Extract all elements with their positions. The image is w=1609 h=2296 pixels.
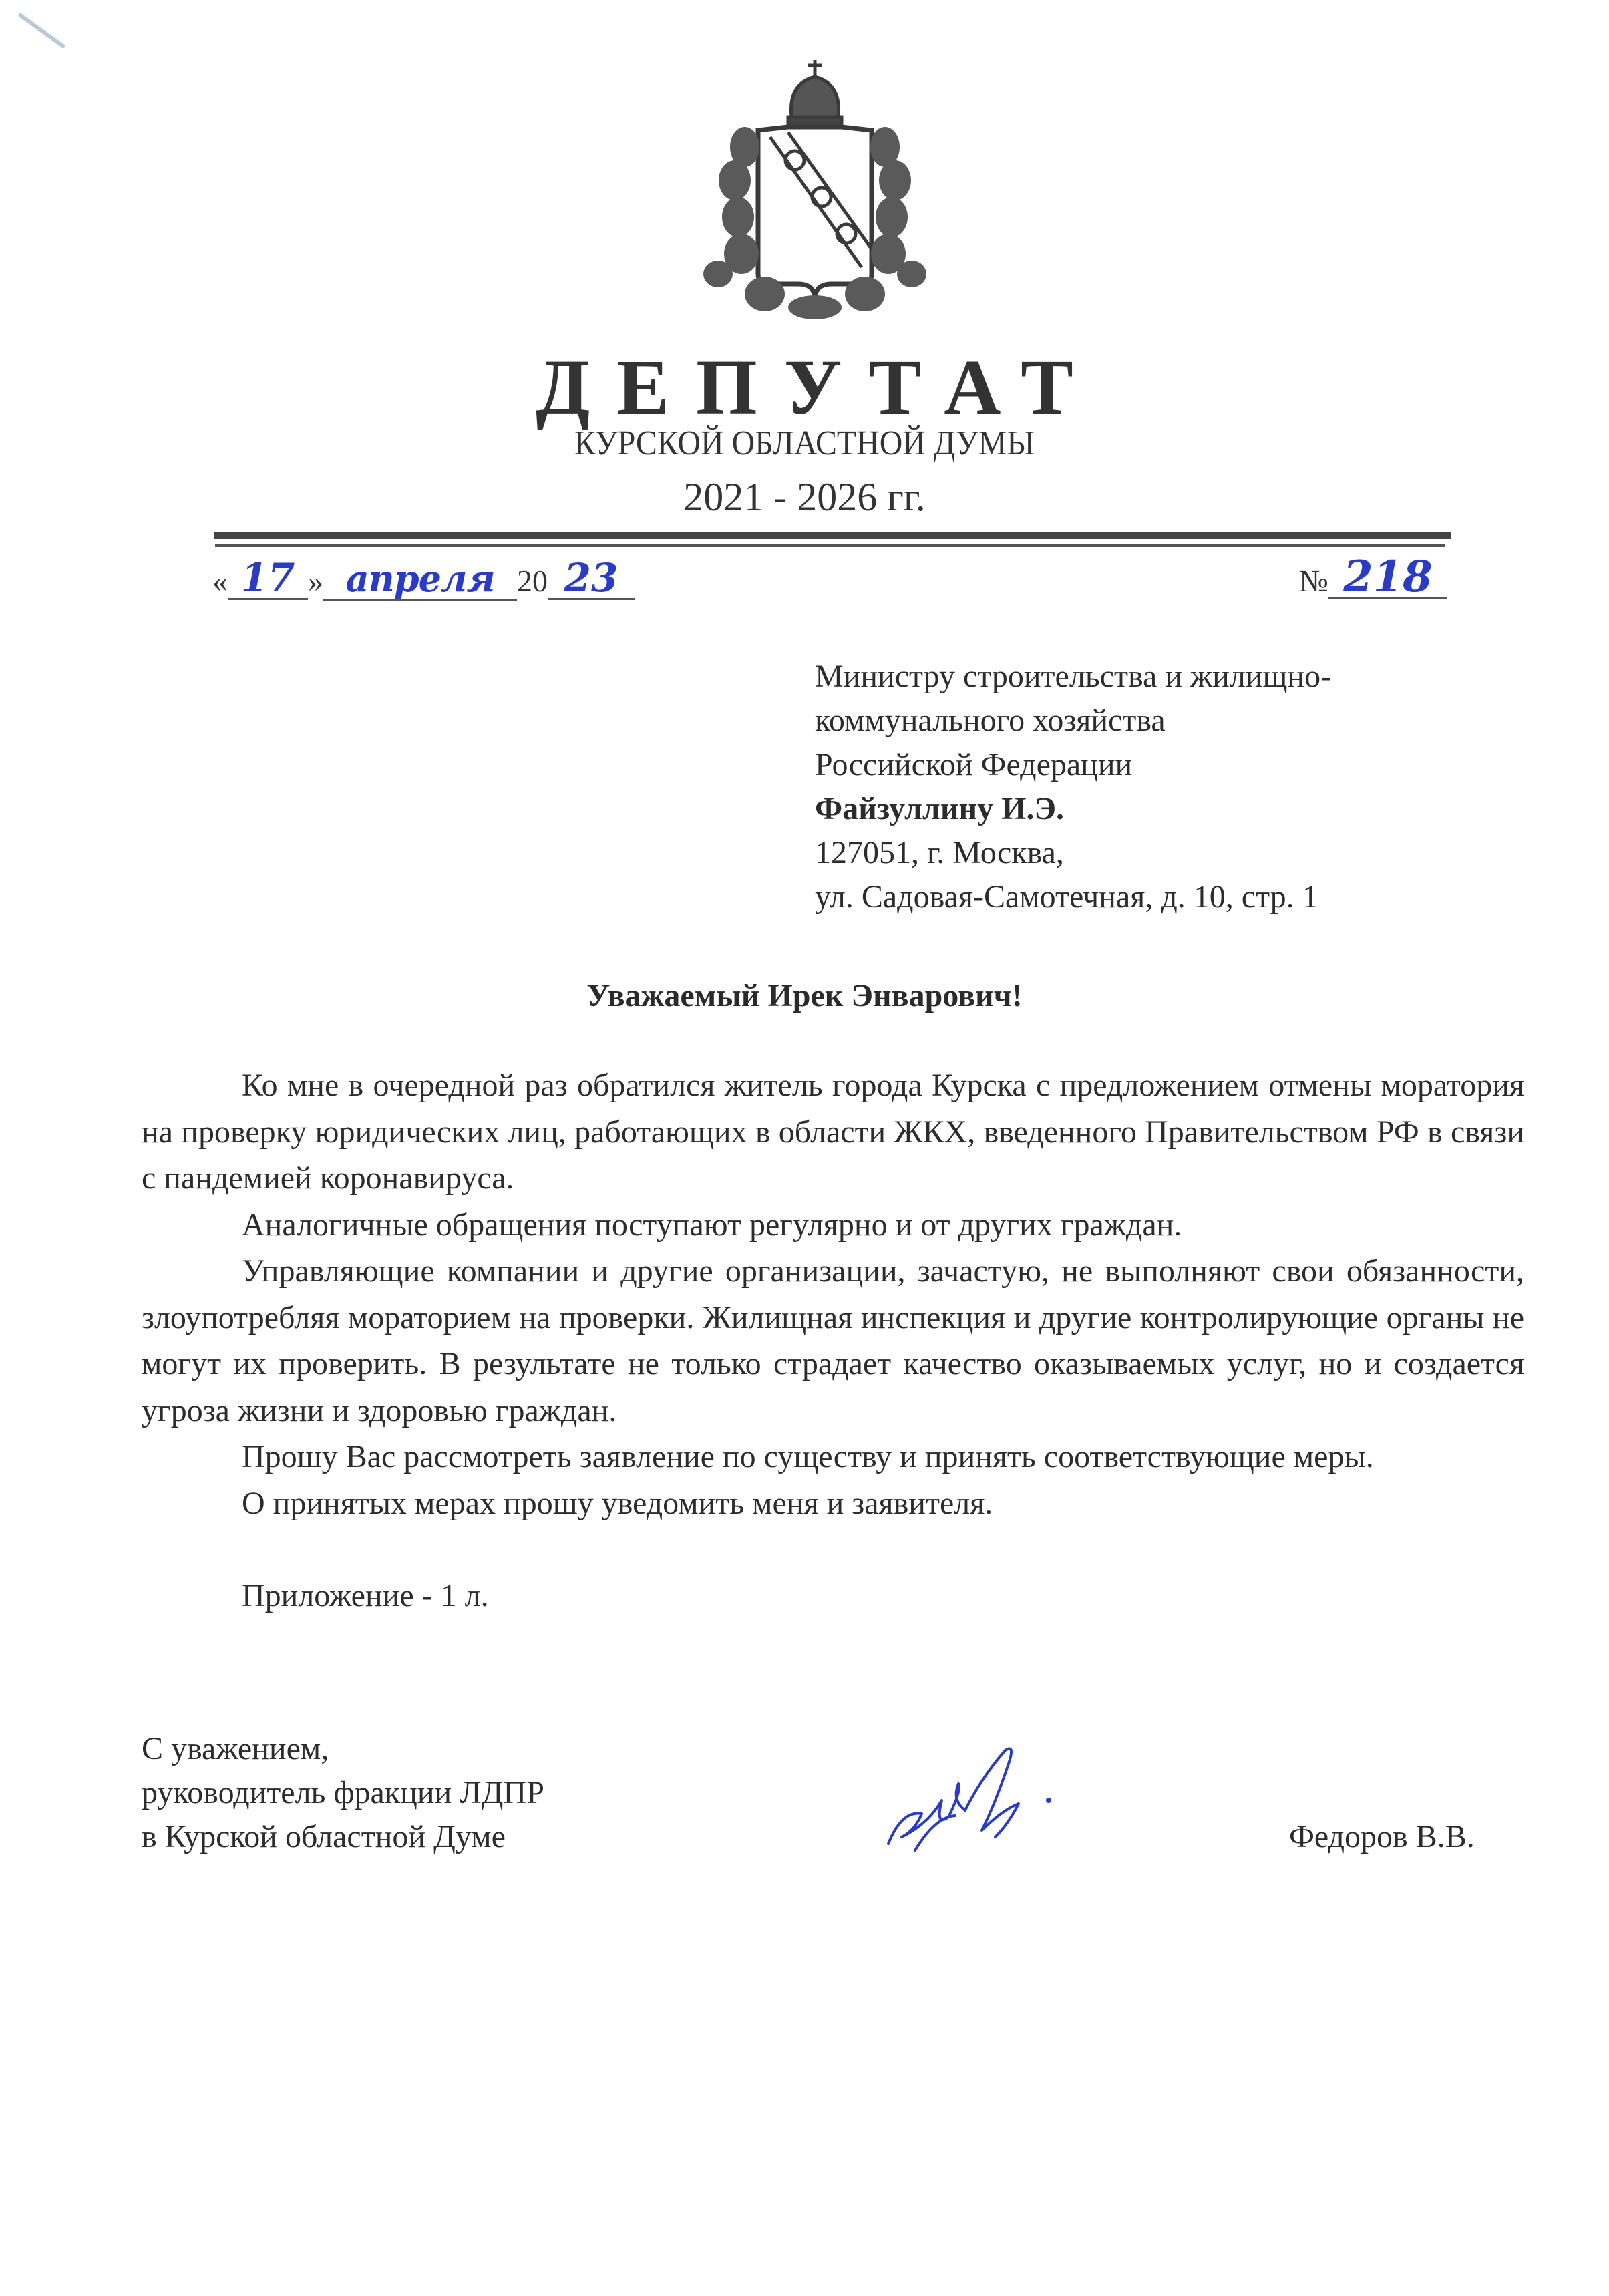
- body-paragraph: Аналогичные обращения поступают регулярн…: [142, 1202, 1524, 1249]
- addressee-address: ул. Садовая-Самотечная, д. 10, стр. 1: [815, 875, 1331, 919]
- signer-name: Федоров В.В.: [1289, 1815, 1475, 1859]
- body-paragraph: О принятых мерах прошу уведомить меня и …: [142, 1480, 1524, 1527]
- number-label: №: [1299, 564, 1328, 598]
- addressee-line: Министру строительства и жилищно-: [815, 655, 1331, 699]
- addressee-block: Министру строительства и жилищно- коммун…: [815, 655, 1331, 919]
- letterhead-term: 2021 - 2026 гг.: [0, 473, 1609, 521]
- scanner-artifact-mark: [17, 13, 65, 49]
- signature-position-block: С уважением, руководитель фракции ЛДПР в…: [142, 1727, 544, 1859]
- addressee-name: Файзуллину И.Э.: [815, 787, 1331, 831]
- date-month-handwritten: апреля: [323, 558, 517, 601]
- letterhead-title: ДЕПУТАТ: [0, 344, 1609, 431]
- addressee-address: 127051, г. Москва,: [815, 831, 1331, 875]
- body-paragraph: Прошу Вас рассмотреть заявление по сущес…: [142, 1434, 1524, 1480]
- letterhead-organization: КУРСКОЙ ОБЛАСТНОЙ ДУМЫ: [64, 422, 1544, 465]
- signer-position: в Курской областной Думе: [142, 1815, 544, 1859]
- date-year-handwritten: 23: [548, 558, 635, 600]
- date-close-quote: »: [308, 564, 323, 598]
- addressee-line: коммунального хозяйства: [815, 699, 1331, 743]
- body-paragraph: Ко мне в очередной раз обратился житель …: [142, 1062, 1524, 1202]
- document-date: «17»апреля2023: [212, 554, 635, 608]
- signer-position: руководитель фракции ЛДПР: [142, 1771, 544, 1815]
- body-paragraph: Управляющие компании и другие организаци…: [142, 1248, 1524, 1434]
- addressee-line: Российской Федерации: [815, 743, 1331, 787]
- date-open-quote: «: [212, 564, 228, 598]
- salutation: Уважаемый Ирек Энварович!: [0, 974, 1609, 1018]
- letterhead-rule-thin: [215, 544, 1445, 547]
- attachment-note: Приложение - 1 л.: [142, 1573, 1524, 1619]
- letterhead-rule-thick: [214, 532, 1451, 539]
- number-handwritten: 218: [1328, 557, 1447, 599]
- coat-of-arms-icon: [671, 53, 958, 321]
- closing-phrase: С уважением,: [142, 1727, 544, 1771]
- document-number: №218: [1299, 554, 1447, 608]
- handwritten-signature-icon: [875, 1737, 1115, 1857]
- date-day-handwritten: 17: [228, 558, 308, 600]
- date-year-prefix: 20: [517, 564, 548, 598]
- letter-body: Ко мне в очередной раз обратился житель …: [142, 1062, 1524, 1619]
